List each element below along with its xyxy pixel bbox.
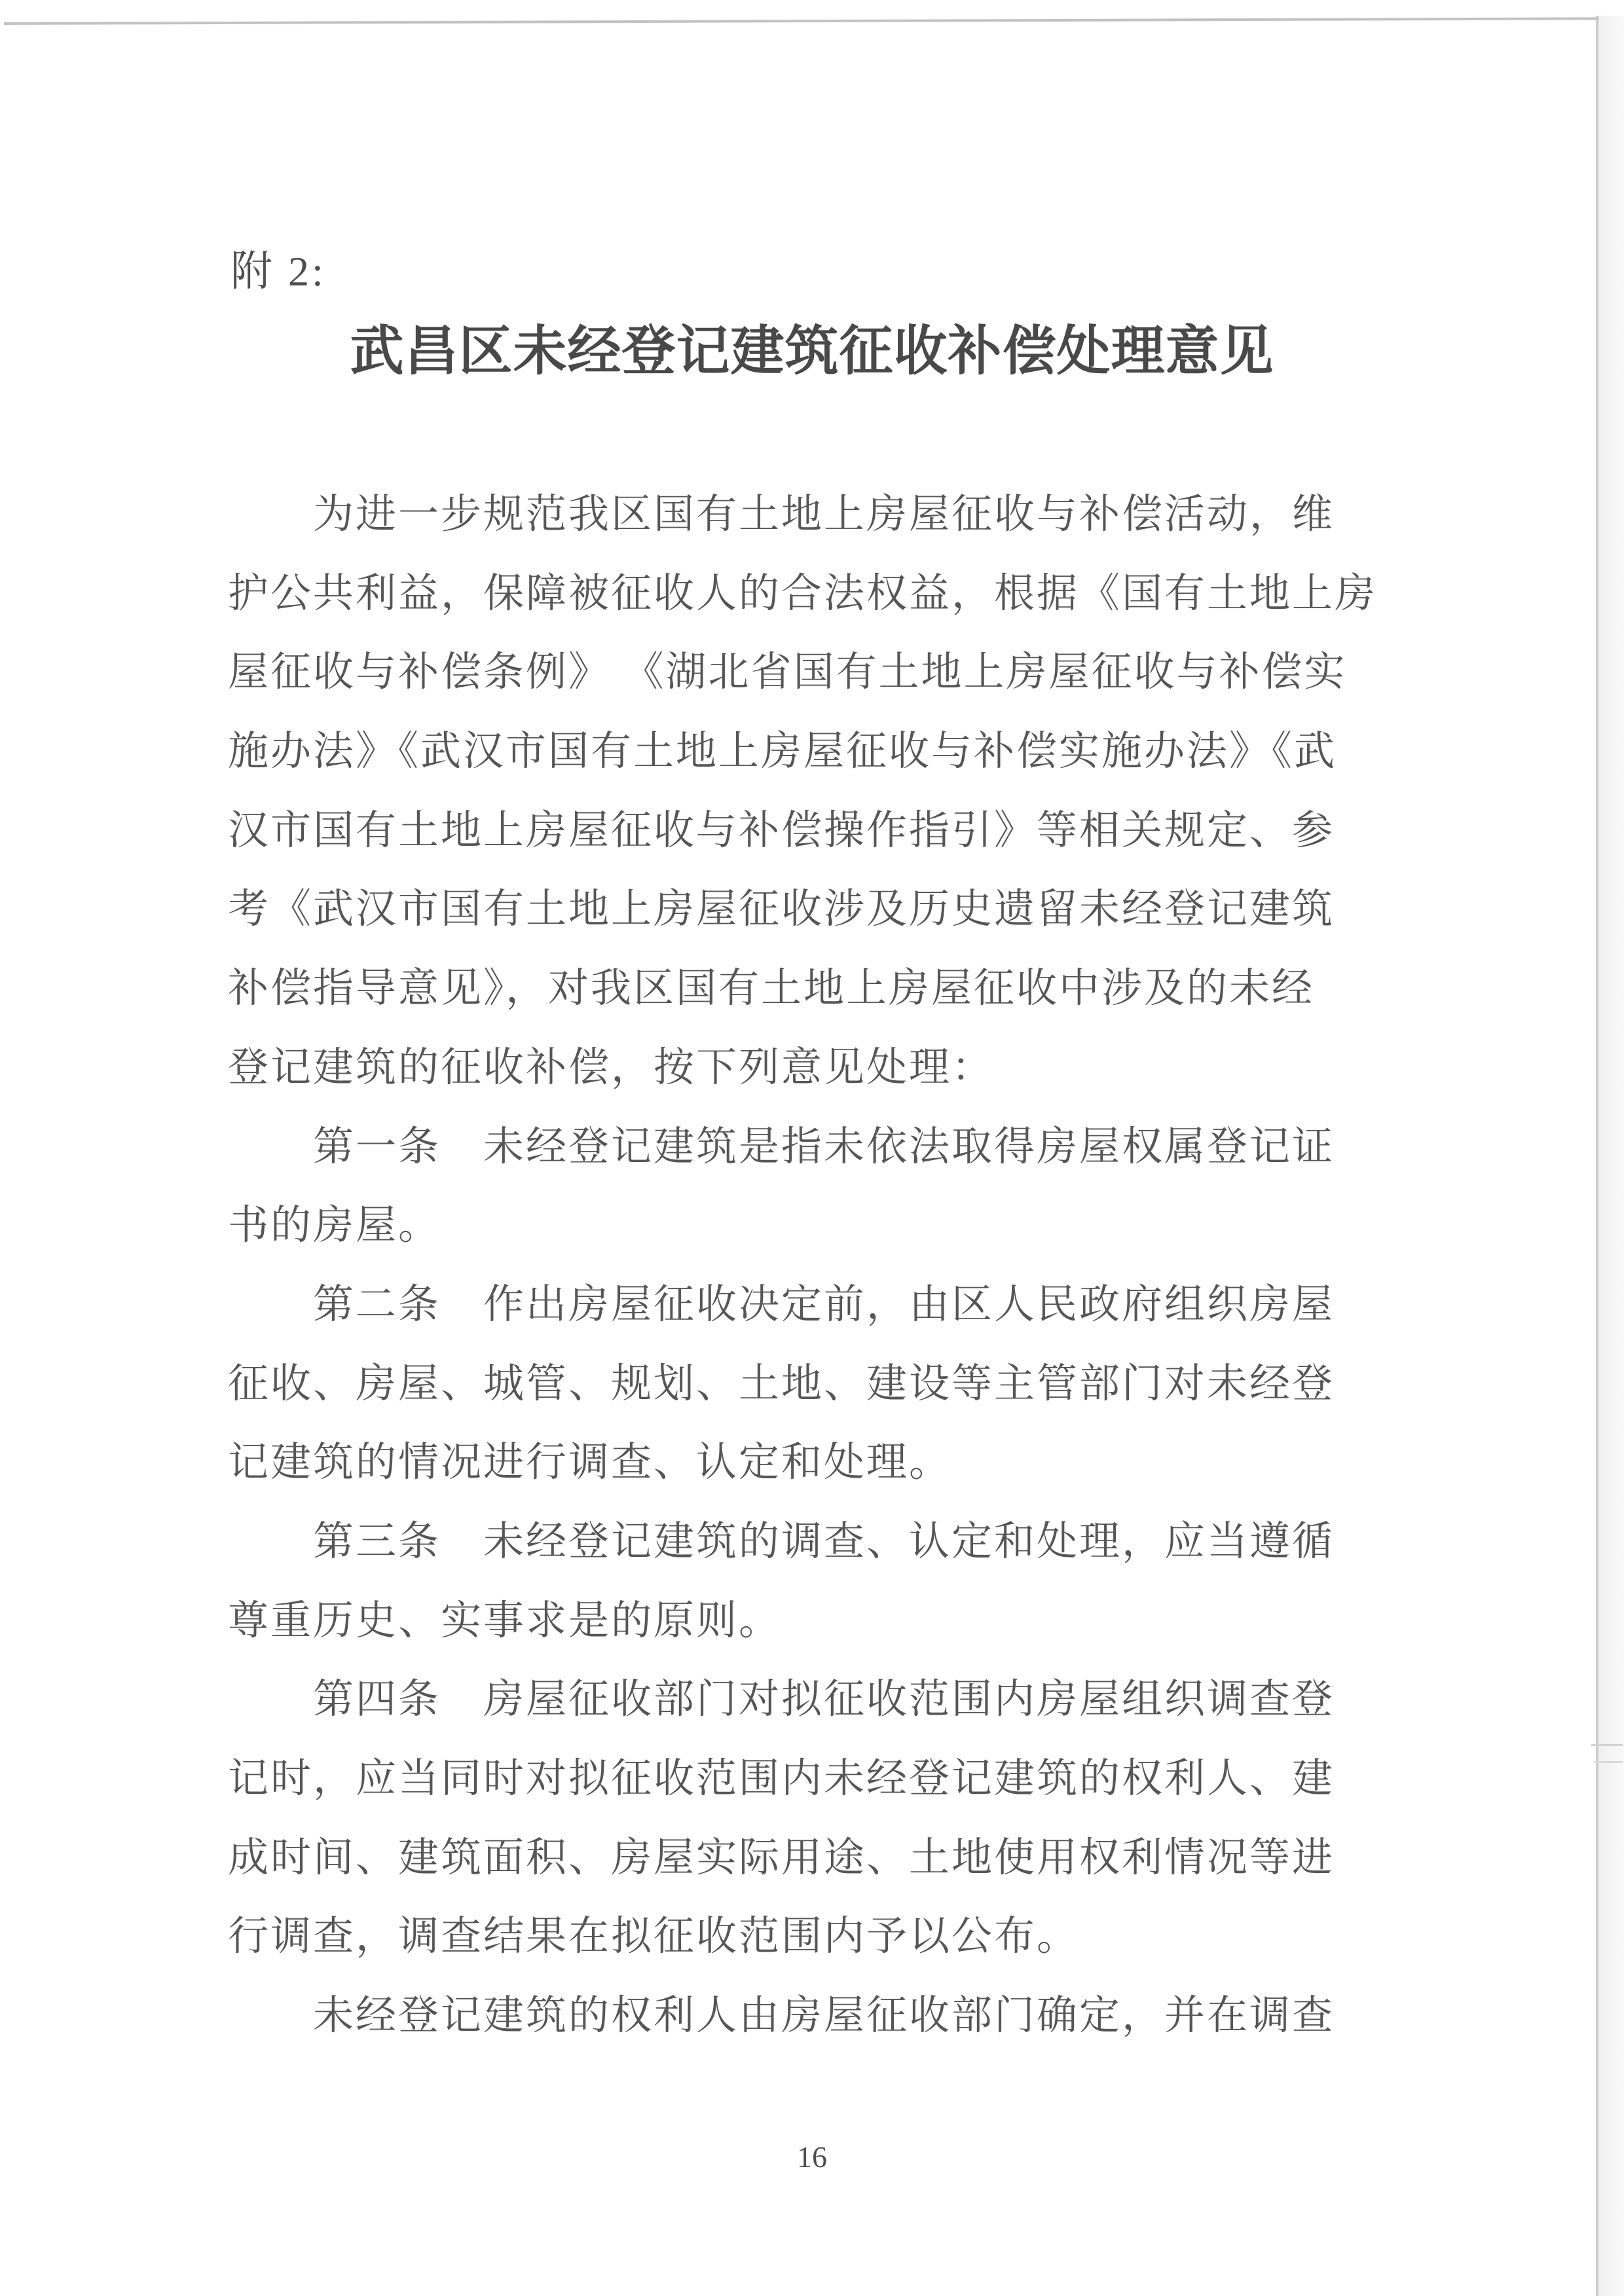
body-line: 第四条 房屋征收部门对拟征收范围内房屋组织调查登 [228, 1660, 1400, 1740]
body-line: 征收、房屋、城管、规划、土地、建设等主管部门对未经登 [228, 1345, 1400, 1424]
body-line: 记建筑的情况进行调查、认定和处理。 [228, 1423, 1400, 1503]
body-line: 成时间、建筑面积、房屋实际用途、土地使用权利情况等进 [228, 1819, 1400, 1898]
body-line: 登记建筑的征收补偿，按下列意见处理： [228, 1029, 1400, 1108]
document-body: 为进一步规范我区国有土地上房屋征收与补偿活动，维 护公共利益，保障被征收人的合法… [228, 475, 1400, 2056]
attachment-label: 附 2: [231, 244, 326, 300]
body-line: 屋征收与补偿条例》 《湖北省国有土地上房屋征收与补偿实 [228, 633, 1400, 712]
body-line: 第三条 未经登记建筑的调查、认定和处理，应当遵循 [228, 1503, 1400, 1582]
body-line: 补偿指导意见》，对我区国有土地上房屋征收中涉及的未经 [228, 949, 1400, 1029]
body-line: 记时，应当同时对拟征收范围内未经登记建筑的权利人、建 [228, 1740, 1400, 1819]
document-title: 武昌区未经登记建筑征收补偿处理意见 [0, 316, 1624, 388]
scanned-document-page: 附 2: 武昌区未经登记建筑征收补偿处理意见 为进一步规范我区国有土地上房屋征收… [0, 0, 1624, 2296]
scan-artifact-smudge [1591, 1744, 1623, 1746]
body-line: 汉市国有土地上房屋征收与补偿操作指引》等相关规定、参 [228, 792, 1400, 871]
body-line: 第一条 未经登记建筑是指未依法取得房屋权属登记证 [228, 1108, 1400, 1187]
body-line: 未经登记建筑的权利人由房屋征收部门确定，并在调查 [228, 1977, 1400, 2056]
body-line: 护公共利益，保障被征收人的合法权益，根据《国有土地上房 [228, 555, 1400, 634]
body-line: 考《武汉市国有土地上房屋征收涉及历史遗留未经登记建筑 [228, 870, 1400, 949]
body-line: 书的房屋。 [228, 1186, 1400, 1266]
page-number: 16 [0, 2140, 1624, 2174]
body-line: 尊重历史、实事求是的原则。 [228, 1582, 1400, 1661]
scan-artifact-top-line [4, 17, 1599, 25]
body-line: 行调查，调查结果在拟征收范围内予以公布。 [228, 1897, 1400, 1977]
body-line: 施办法》《武汉市国有土地上房屋征收与补偿实施办法》《武 [228, 712, 1400, 792]
body-line: 第二条 作出房屋征收决定前，由区人民政府组织房屋 [228, 1266, 1400, 1345]
body-line: 为进一步规范我区国有土地上房屋征收与补偿活动，维 [228, 475, 1400, 555]
scan-artifact-smudge [1594, 1761, 1623, 1763]
